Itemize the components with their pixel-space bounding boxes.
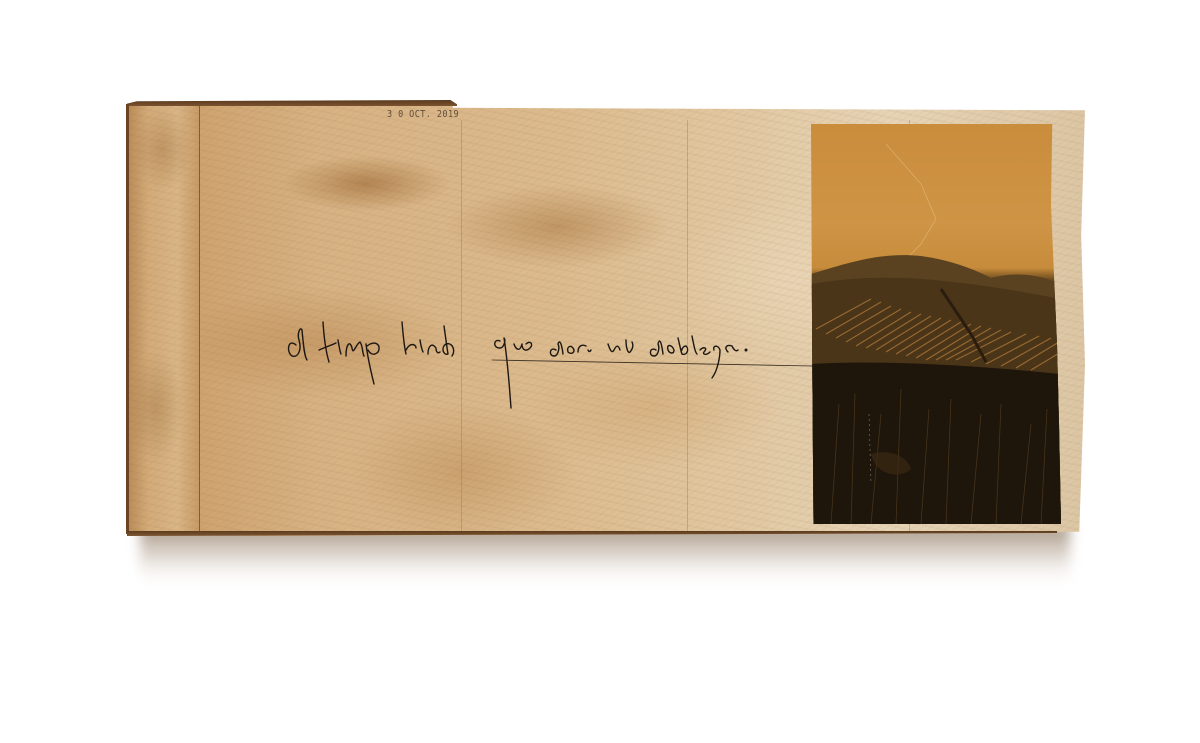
date-stamp: 3 0 OCT. 2019: [387, 109, 459, 120]
landscape-photograph: Sepia-toned landscape photograph: rollin…: [811, 124, 1061, 524]
page-fold-line: [687, 120, 688, 532]
book-left-edge: [126, 104, 129, 534]
book-spine: [127, 106, 200, 536]
page-fold-line: [461, 120, 462, 532]
book-top-edge: [127, 100, 457, 106]
artist-book-photo: 3 0 OCT. 2019 el tiempo leído: [0, 0, 1200, 743]
landscape-scene: Sepia-toned landscape photograph: rollin…: [811, 124, 1061, 524]
photo-crease: [886, 144, 936, 274]
